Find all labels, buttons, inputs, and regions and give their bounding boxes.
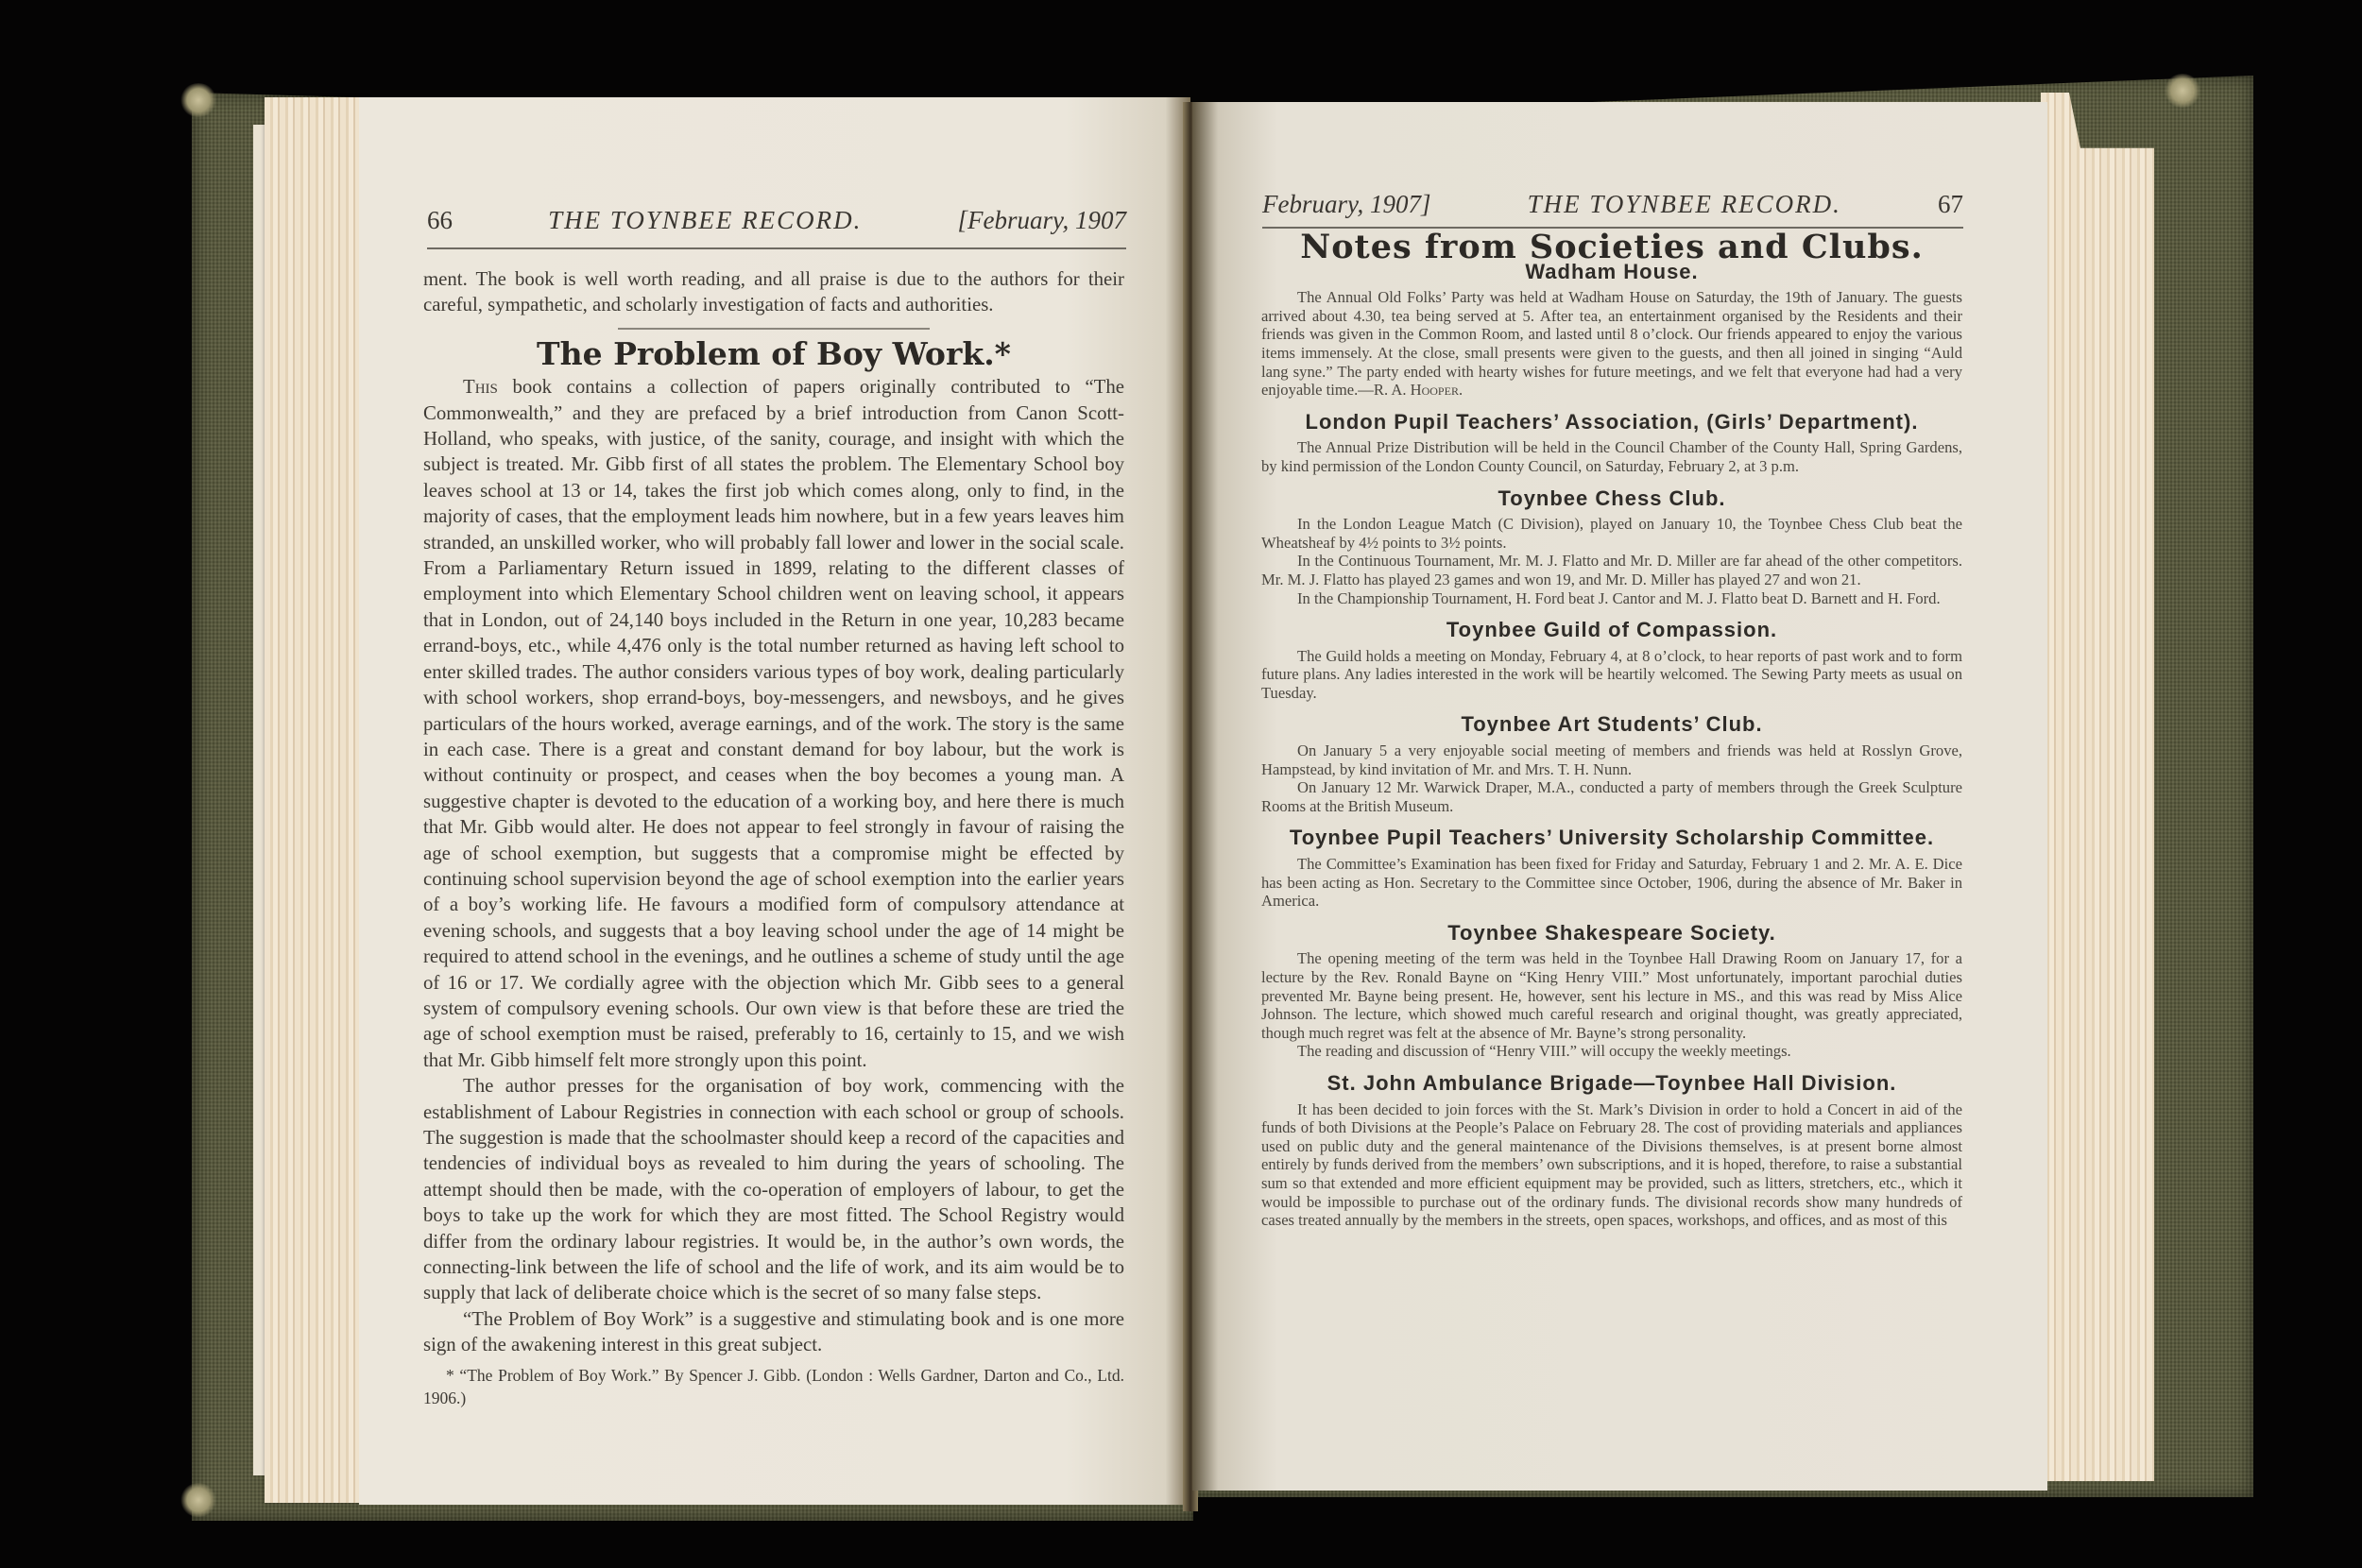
- section-paragraph: In the London League Match (C Division),…: [1261, 515, 1962, 552]
- article-paragraph: The author presses for the organisation …: [423, 1073, 1124, 1306]
- section-paragraph: The Guild holds a meeting on Monday, Feb…: [1261, 647, 1962, 703]
- page-number: 66: [427, 206, 453, 235]
- right-body: Notes from Societies and Clubs. Wadham H…: [1261, 238, 1962, 1230]
- right-running-head: February, 1907] THE TOYNBEE RECORD. 67: [1262, 190, 1963, 219]
- frayed-corner: [180, 83, 217, 117]
- section-paragraph: The opening meeting of the term was held…: [1261, 949, 1962, 1042]
- section-paragraph: In the Continuous Tournament, Mr. M. J. …: [1261, 552, 1962, 588]
- section-heading-scholarship-committee: Toynbee Pupil Teachers’ University Schol…: [1261, 828, 1962, 847]
- article-paragraph: This book contains a collection of paper…: [423, 374, 1124, 1073]
- section-divider: [618, 328, 930, 330]
- section-paragraph: On January 5 a very enjoyable social mee…: [1261, 741, 1962, 778]
- section-heading-guild-of-compassion: Toynbee Guild of Compassion.: [1261, 621, 1962, 639]
- issue-date: [February, 1907: [958, 206, 1127, 235]
- left-body: ment. The book is well worth reading, an…: [423, 266, 1124, 1409]
- signature: R. A. Hooper.: [1374, 381, 1463, 399]
- frayed-corner: [180, 1483, 217, 1517]
- frayed-corner: [2164, 74, 2201, 108]
- section-paragraph: It has been decided to join forces with …: [1261, 1100, 1962, 1230]
- section-heading-chess-club: Toynbee Chess Club.: [1261, 489, 1962, 508]
- issue-date: February, 1907]: [1262, 190, 1431, 219]
- footnote: * “The Problem of Boy Work.” By Spencer …: [423, 1364, 1124, 1409]
- section-paragraph: On January 12 Mr. Warwick Draper, M.A., …: [1261, 778, 1962, 815]
- article-title: The Problem of Boy Work.*: [423, 341, 1124, 366]
- section-title: Notes from Societies and Clubs.: [1261, 238, 1962, 257]
- section-heading-art-students-club: Toynbee Art Students’ Club.: [1261, 715, 1962, 734]
- header-rule: [427, 247, 1126, 249]
- drop-word: This: [463, 376, 498, 398]
- section-heading-shakespeare-society: Toynbee Shakespeare Society.: [1261, 924, 1962, 943]
- section-paragraph: In the Championship Tournament, H. Ford …: [1261, 589, 1962, 608]
- section-paragraph: The Annual Prize Distribution will be he…: [1261, 438, 1962, 475]
- journal-title: THE TOYNBEE RECORD.: [548, 206, 862, 235]
- section-paragraph: The Annual Old Folks’ Party was held at …: [1261, 288, 1962, 400]
- page-edges-left: [265, 97, 368, 1503]
- page-number: 67: [1938, 190, 1963, 219]
- section-heading-st-john-ambulance: St. John Ambulance Brigade—Toynbee Hall …: [1261, 1074, 1962, 1093]
- section-paragraph: The Committee’s Examination has been fix…: [1261, 855, 1962, 911]
- journal-title: THE TOYNBEE RECORD.: [1528, 190, 1841, 219]
- page-edges-right: [2041, 93, 2154, 1481]
- left-running-head: 66 THE TOYNBEE RECORD. [February, 1907: [427, 206, 1126, 235]
- section-paragraph: The reading and discussion of “Henry VII…: [1261, 1042, 1962, 1061]
- continued-text: ment. The book is well worth reading, an…: [423, 266, 1124, 318]
- section-heading-pupil-teachers-association: London Pupil Teachers’ Association, (Gir…: [1261, 413, 1962, 432]
- article-paragraph: “The Problem of Boy Work” is a suggestiv…: [423, 1306, 1124, 1358]
